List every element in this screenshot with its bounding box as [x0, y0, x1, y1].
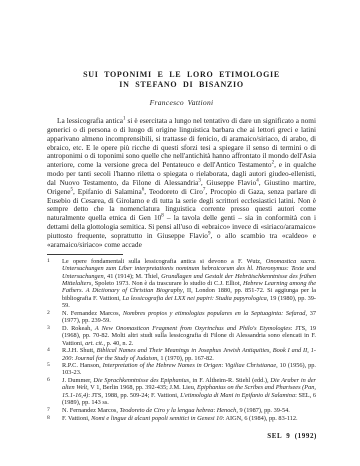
footnote-item: 5R.P.C. Hanson, Interpretation of the He… [47, 362, 316, 377]
article-title-line2: IN STEFANO DI BISANZIO [47, 80, 316, 90]
text-segment: Die Sprachkenntnisse des Epiphanius [93, 377, 189, 384]
article-title-line1: SUI TOPONIMI E LE LORO ETIMOLOGIE [47, 70, 316, 80]
article-title: SUI TOPONIMI E LE LORO ETIMOLOGIE IN STE… [47, 70, 316, 90]
text-segment: La lessicografia dei LXX nei papiri: Stu… [122, 295, 266, 302]
text-segment: art. cit. [85, 340, 103, 347]
text-segment: A New Onomasticon Fragment from Oxyrinch… [95, 325, 291, 332]
footnote-number: 1 [47, 258, 62, 310]
text-segment: Henoch [217, 407, 237, 414]
footnote-number: 4 [47, 347, 62, 362]
footnote-number: 3 [47, 325, 62, 347]
footnote-text: R.J.H. Shutt, Biblical Names and Their M… [62, 347, 316, 362]
footnote-text: J. Dummer, Die Sprachkenntnisse des Epip… [62, 377, 316, 407]
text-segment: Teodoreto de Ciro y la lengua hebrea [120, 407, 214, 414]
footnote-number: 7 [47, 407, 62, 415]
footnote-item: 4R.J.H. Shutt, Biblical Names and Their … [47, 347, 316, 362]
text-segment: Le opere fondamentali sulla lessicografi… [62, 258, 266, 265]
footnote-item: 6J. Dummer, Die Sprachkenntnisse des Epi… [47, 377, 316, 407]
text-segment: , 41 (1914); M. Thiel, [104, 273, 162, 280]
text-segment: Vigiliae Christianae [225, 362, 276, 369]
text-segment: , Spoleto 1973. Non è da trascurare lo s… [91, 280, 243, 287]
text-segment: Nomi e lingue di alcuni popoli semitici … [91, 415, 222, 422]
text-segment: , Teodoreto di Ciro [144, 187, 203, 196]
footnote-text: R.P.C. Hanson, Interpretation of the Heb… [62, 362, 316, 377]
footnote-number: 5 [47, 362, 62, 377]
footnote-item: 3D. Rokeah, A New Onomasticon Fragment f… [47, 325, 316, 347]
text-segment: : JTS, 1988, pp. 509-24; F. Vattioni, [88, 392, 180, 399]
text-segment: , V 1, Berlin 1968, pp. 392-435; J.M. Li… [87, 384, 197, 391]
text-segment: , 9 (1987), pp. 39-54. [236, 407, 290, 414]
text-segment: L'etimologia di Mani in Epifanio di Sala… [180, 392, 295, 399]
text-segment: , 1 (1970), pp. 167-82. [157, 355, 214, 362]
footnote-text: F. Vattioni, Nomi e lingue di alcuni pop… [62, 415, 316, 423]
text-segment: : AIGN, 6 (1984), pp. 83-112. [222, 415, 297, 422]
text-segment: , Giuseppe Flavio [201, 178, 256, 187]
text-segment: D. Rokeah, [62, 325, 95, 332]
body-paragraph: La lessicografia antica1 si è esercitata… [47, 117, 316, 250]
footnote-separator [47, 254, 123, 255]
footnotes-section: 1Le opere fondamentali sulla lessicograf… [47, 258, 316, 423]
text-segment: N. Fernandez Marcos, [62, 407, 120, 414]
footnote-item: 2N. Fernandez Marcos, Nombres propios y … [47, 310, 316, 325]
text-segment: Nombres propios y etimologias populares … [123, 310, 306, 317]
footnote-text: D. Rokeah, A New Onomasticon Fragment fr… [62, 325, 316, 347]
text-segment: , Epifanio di Salamina [73, 187, 142, 196]
text-segment: R.J.H. Shutt, [62, 347, 97, 354]
text-segment: Interpretation of the Hebrew Names in Or… [103, 362, 222, 369]
scanned-page: SUI TOPONIMI E LE LORO ETIMOLOGIE IN STE… [0, 0, 360, 466]
text-segment: F. Vattioni, [62, 415, 91, 422]
footnote-text: N. Fernandez Marcos, Teodoreto de Ciro y… [62, 407, 316, 415]
footnote-item: 1Le opere fondamentali sulla lessicograf… [47, 258, 316, 310]
text-segment: La lessicografia antica [57, 116, 123, 125]
footnote-number: 6 [47, 377, 62, 407]
text-segment: , p. 40, n. 2. [103, 340, 133, 347]
footnote-text: N. Fernandez Marcos, Nombres propios y e… [62, 310, 316, 325]
footnote-number: 2 [47, 310, 62, 325]
text-block: SUI TOPONIMI E LE LORO ETIMOLOGIE IN STE… [47, 0, 316, 422]
footnote-item: 8F. Vattioni, Nomi e lingue di alcuni po… [47, 415, 316, 423]
journal-footer: SEL 9 (1992) [267, 432, 317, 440]
footnote-item: 7N. Fernandez Marcos, Teodoreto de Ciro … [47, 407, 316, 415]
text-segment: J. Dummer, [62, 377, 93, 384]
text-segment: , in F. Altheim-R. Stiehl (edd.), [189, 377, 270, 384]
footnote-number: 8 [47, 415, 62, 423]
text-segment: R.P.C. Hanson, [62, 362, 103, 369]
footnote-text: Le opere fondamentali sulla lessicografi… [62, 258, 316, 310]
text-segment: Journal for the Study of Judaism [75, 355, 157, 362]
text-segment: N. Fernandez Marcos, [62, 310, 123, 317]
author-name: Francesco Vattioni [47, 98, 316, 107]
